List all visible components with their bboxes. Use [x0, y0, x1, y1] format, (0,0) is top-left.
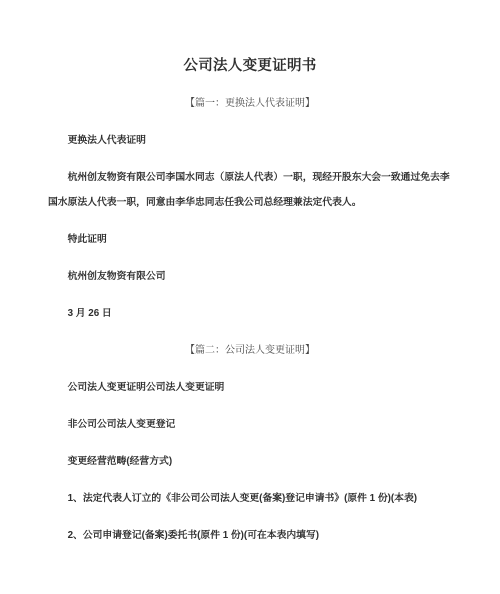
section-2-list-item-1: 1、法定代表人订立的《非公司公司法人变更(备案)登记申请书》(原件 1 份)(本…: [48, 486, 452, 511]
section-2-subheading-scope: 变更经营范畴(经营方式): [48, 449, 452, 474]
section-2-heading: 公司法人变更证明公司法人变更证明: [48, 375, 452, 400]
document-page: 公司法人变更证明书 【篇一：更换法人代表证明】 更换法人代表证明 杭州创友物资有…: [0, 0, 500, 594]
document-title: 公司法人变更证明书: [48, 54, 452, 79]
section-1-body-paragraph: 杭州创友物资有限公司李国水同志（原法人代表）一职，现经开股东大会一致通过免去李国…: [48, 165, 452, 215]
section-2-list-item-2: 2、公司申请登记(备案)委托书(原件 1 份)(可在本表内填写): [48, 523, 452, 548]
section-1-heading: 更换法人代表证明: [48, 128, 452, 153]
section-1-marker: 【篇一：更换法人代表证明】: [48, 91, 452, 116]
section-2-marker: 【篇二：公司法人变更证明】: [48, 338, 452, 363]
section-1-company-signature: 杭州创友物资有限公司: [48, 264, 452, 289]
section-2-subheading-registration: 非公司公司法人变更登记: [48, 412, 452, 437]
section-1-date: 3 月 26 日: [48, 301, 452, 326]
section-1-attest-line: 特此证明: [48, 227, 452, 252]
